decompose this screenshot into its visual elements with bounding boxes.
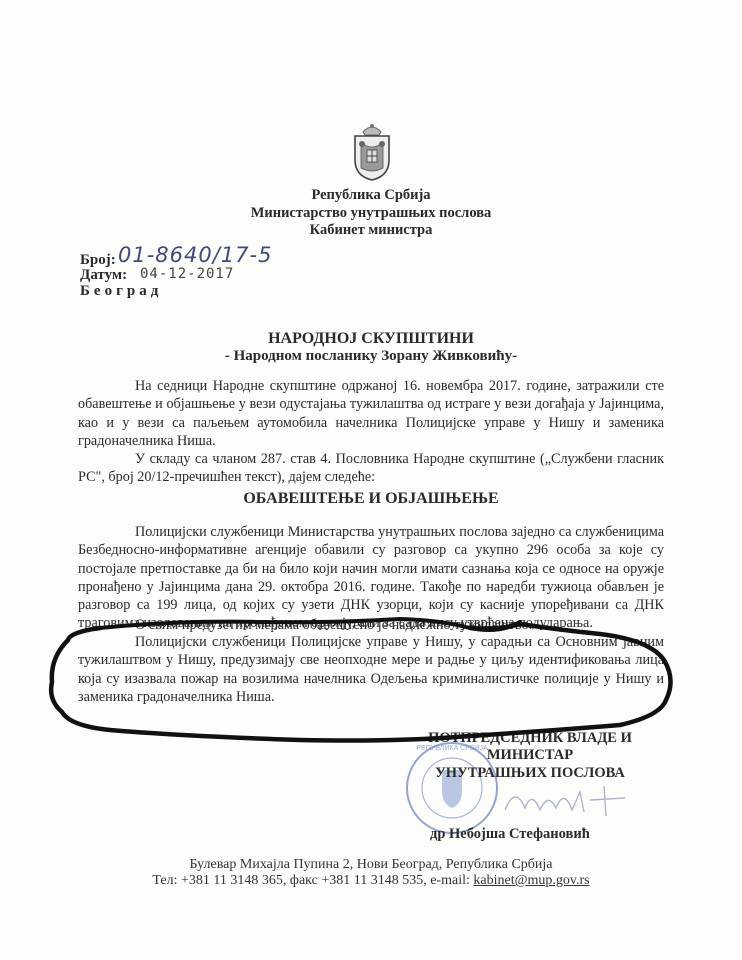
footer-address: Булевар Михајла Пупина 2, Нови Београд, … bbox=[0, 857, 742, 873]
number-value-handwritten: 01-8640/17-5 bbox=[118, 243, 272, 267]
letterhead-ministry: Министарство унутрашњих послова bbox=[0, 205, 742, 222]
body-paragraph-struck: О свим предузетим мерама обавештено је н… bbox=[78, 616, 664, 634]
date-value-stamped: 04-12-2017 bbox=[140, 266, 234, 282]
body-paragraph-circled: Полицијски службеници Полицијске управе … bbox=[78, 633, 664, 706]
handwritten-signature-icon bbox=[500, 780, 630, 820]
letterhead-office: Кабинет министра bbox=[0, 222, 742, 239]
intro-paragraph-1: На седници Народне скупштине одржаној 16… bbox=[78, 377, 664, 450]
signature-title-line-2: МИНИСТАР bbox=[400, 746, 660, 764]
city: Београд bbox=[80, 283, 162, 300]
footer-contact: Тел: +381 11 3148 365, факс +381 11 3148… bbox=[0, 873, 742, 889]
signer-name: др Небојша Стефановић bbox=[430, 826, 590, 843]
intro-paragraph-2: У складу са чланом 287. став 4. Пословни… bbox=[78, 450, 664, 487]
footer-email-link[interactable]: kabinet@mup.gov.rs bbox=[473, 873, 589, 888]
section-title: ОБАВЕШТЕЊЕ И ОБЈАШЊЕЊЕ bbox=[0, 490, 742, 508]
letterhead-country: Република Србија bbox=[0, 187, 742, 204]
signature-title-line-1: ПОТПРЕДСЕДНИК ВЛАДЕ И bbox=[400, 729, 660, 747]
coat-of-arms-icon bbox=[349, 122, 395, 182]
date-label: Датум: bbox=[80, 267, 127, 284]
footer-contact-text: Тел: +381 11 3148 365, факс +381 11 3148… bbox=[152, 873, 473, 888]
addressee-title: НАРОДНОЈ СКУПШТИНИ bbox=[0, 330, 742, 348]
addressee-subtitle: - Народном посланику Зорану Живковићу- bbox=[0, 348, 742, 365]
signature-title-line-3: УНУТРАШЊИХ ПОСЛОВА bbox=[400, 764, 660, 782]
